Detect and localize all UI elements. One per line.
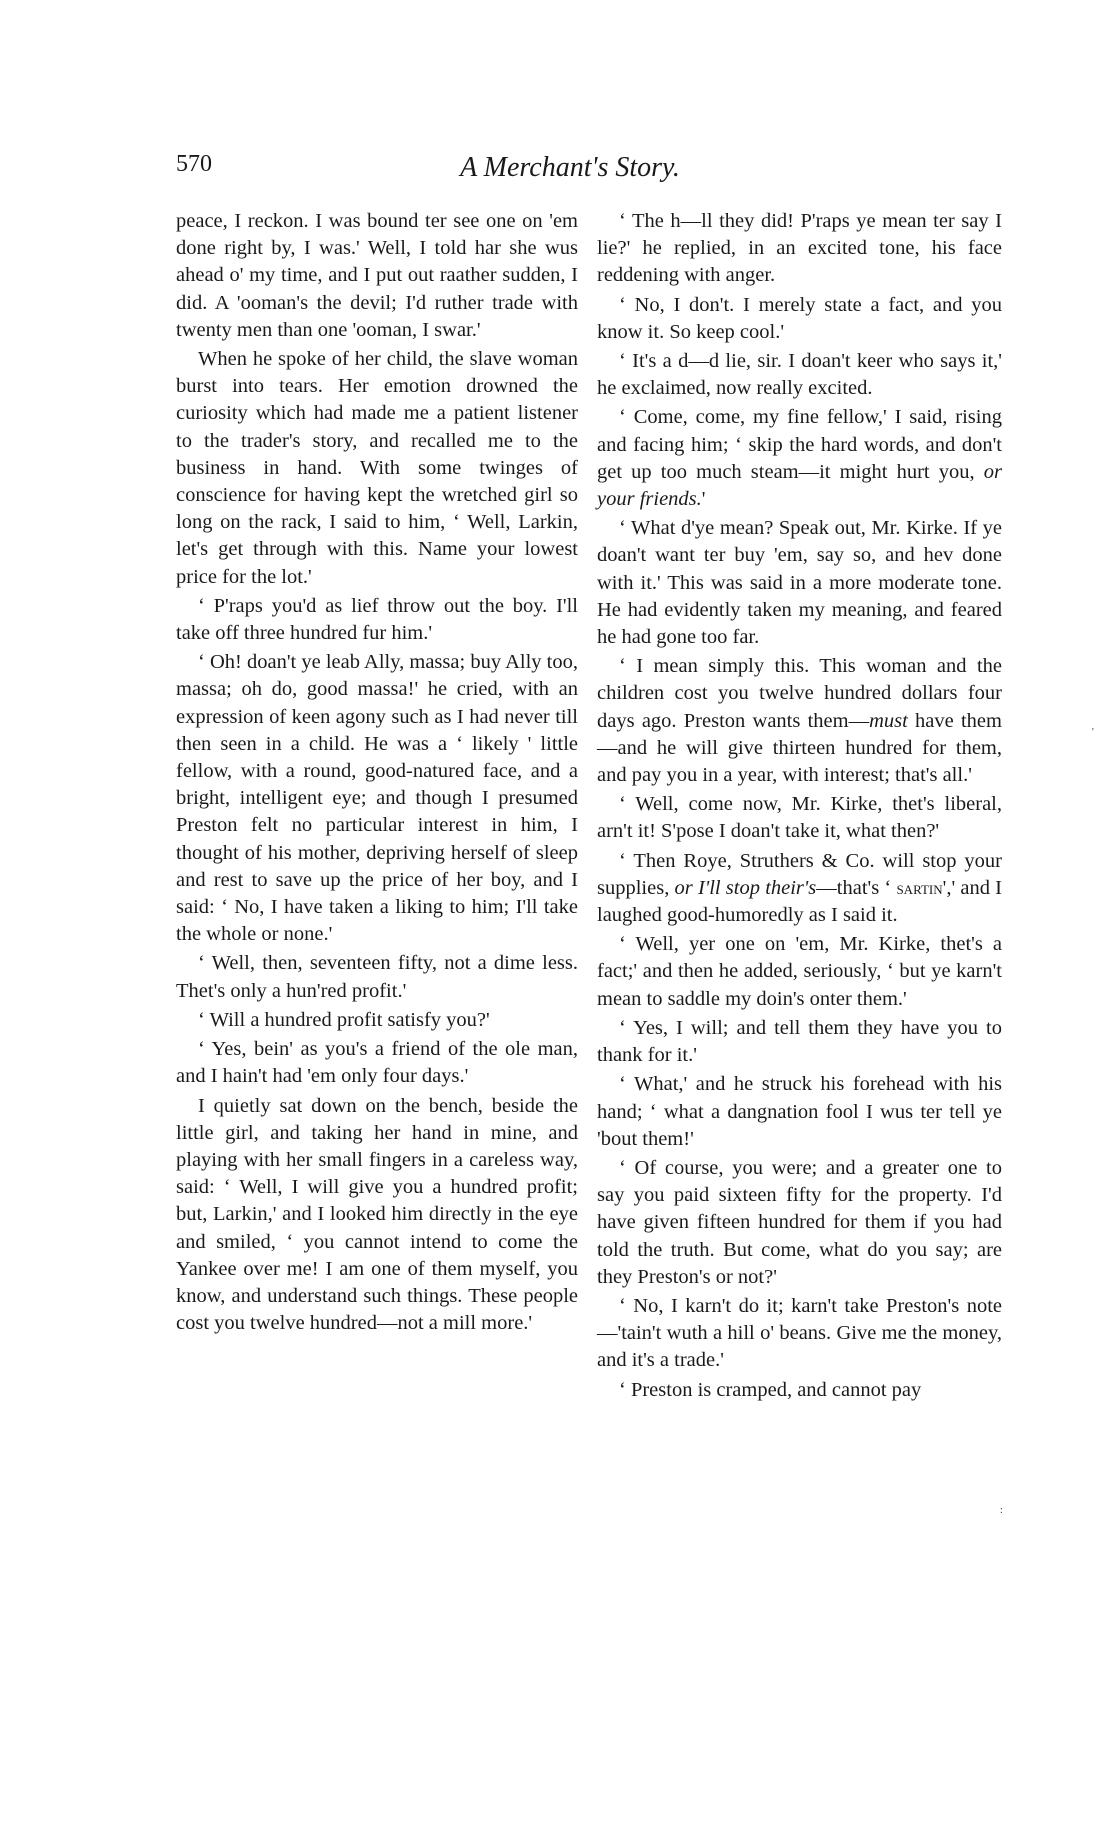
paragraph: ‘ I mean simply this. This woman and the…: [597, 653, 1002, 789]
text-run: ‘ Well, yer one on 'em, Mr. Kirke, thet'…: [597, 933, 1002, 1009]
margin-speck: :: [1000, 1505, 1003, 1516]
paragraph: ‘ Of course, you were; and a greater one…: [597, 1155, 1002, 1291]
paragraph: ‘ Well, yer one on 'em, Mr. Kirke, thet'…: [597, 931, 1002, 1013]
paragraph: ‘ Well, then, seventeen fifty, not a dim…: [176, 950, 578, 1004]
left-column: peace, I reckon. I was bound ter see one…: [176, 208, 578, 1339]
paragraph: ‘ Well, come now, Mr. Kirke, thet's libe…: [597, 791, 1002, 845]
text-run: ‘ The h—ll they did! P'raps ye mean ter …: [597, 210, 1002, 286]
paragraph: ‘ The h—ll they did! P'raps ye mean ter …: [597, 208, 1002, 290]
book-page: 570 A Merchant's Story. peace, I reckon.…: [0, 0, 1120, 1825]
paragraph: ‘ Then Roye, Struthers & Co. will stop y…: [597, 848, 1002, 930]
running-title: A Merchant's Story.: [0, 152, 1120, 184]
paragraph: ‘ Yes, bein' as you's a friend of the ol…: [176, 1036, 578, 1090]
right-column: ‘ The h—ll they did! P'raps ye mean ter …: [597, 208, 1002, 1406]
paragraph: ‘ P'raps you'd as lief throw out the boy…: [176, 593, 578, 647]
paragraph: peace, I reckon. I was bound ter see one…: [176, 208, 578, 344]
paragraph: ‘ What d'ye mean? Speak out, Mr. Kirke. …: [597, 515, 1002, 651]
text-run: ‘ Come, come, my fine fellow,' I said, r…: [597, 406, 1002, 482]
text-run: ‘ Preston is cramped, and cannot pay: [619, 1379, 921, 1401]
text-run: ': [702, 488, 706, 510]
paragraph: ‘ Will a hundred profit satisfy you?': [176, 1007, 578, 1034]
italic-text: or I'll stop their's: [675, 877, 817, 899]
paragraph: ‘ Yes, I will; and tell them they have y…: [597, 1015, 1002, 1069]
paragraph: ‘ Come, come, my fine fellow,' I said, r…: [597, 404, 1002, 513]
text-run: ‘ Yes, I will; and tell them they have y…: [597, 1017, 1002, 1066]
paragraph: ‘ No, I karn't do it; karn't take Pres­t…: [597, 1293, 1002, 1375]
paragraph: ‘ No, I don't. I merely state a fact, an…: [597, 292, 1002, 346]
text-run: ‘ Well, come now, Mr. Kirke, thet's libe…: [597, 793, 1002, 842]
text-run: ‘ No, I karn't do it; karn't take Pres­t…: [597, 1295, 1002, 1371]
paragraph: ‘ What,' and he struck his forehead with…: [597, 1071, 1002, 1153]
text-run: ‘ It's a d—d lie, sir. I doan't keer who…: [597, 350, 1002, 399]
paragraph: ‘ Preston is cramped, and cannot pay: [597, 1377, 1002, 1404]
paragraph: When he spoke of her child, the slave wo…: [176, 346, 578, 591]
text-run: —that's ‘: [816, 877, 896, 899]
small-caps-text: sartin: [896, 878, 942, 898]
paragraph: ‘ Oh! doan't ye leab Ally, massa; buy Al…: [176, 649, 578, 948]
text-run: ‘ What,' and he struck his forehead with…: [597, 1073, 1002, 1149]
text-run: ‘ Of course, you were; and a greater one…: [597, 1157, 1002, 1288]
italic-text: must: [869, 710, 908, 732]
text-run: ‘ No, I don't. I merely state a fact, an…: [597, 294, 1002, 343]
text-run: ‘ What d'ye mean? Speak out, Mr. Kirke. …: [597, 517, 1002, 648]
paragraph: ‘ It's a d—d lie, sir. I doan't keer who…: [597, 348, 1002, 402]
margin-speck: ': [1092, 727, 1094, 738]
paragraph: I quietly sat down on the bench, be­side…: [176, 1093, 578, 1338]
